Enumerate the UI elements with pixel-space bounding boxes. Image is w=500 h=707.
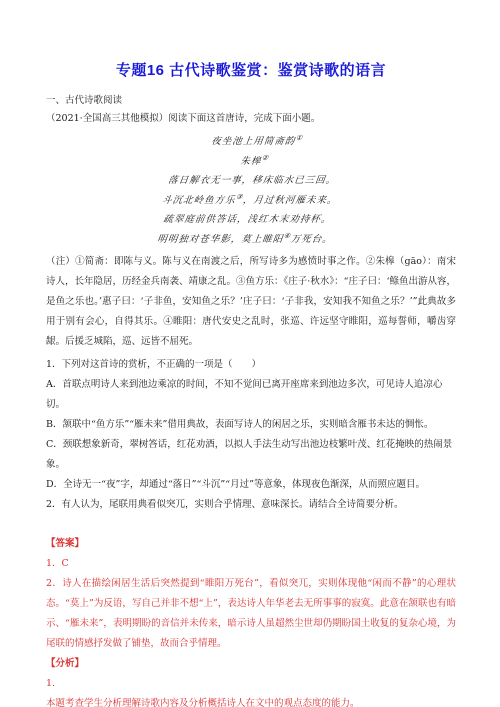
analysis-header: 【分析】 [46, 654, 456, 674]
question-1-option-d: D．全诗无一“夜”字，却通过“落日”“斗沉”“月过”等意象，体现夜色渐深，从而照… [46, 475, 456, 495]
section-heading: 一、古代诗歌阅读 [46, 93, 456, 109]
poem-notes: （注）①简斋：即陈与义。陈与义在南渡之后，所写诗多为感愤时事之作。②朱槔（gāo… [46, 252, 456, 352]
answer-2: 2．诗人在描绘闲居生活后突然提到“睢阳万死台”，看似突兀，实则体现他“闲而不静”… [46, 574, 456, 654]
answers-header: 【答案】 [46, 534, 456, 554]
poem-title: 夜坐池上用简斋韵① [51, 132, 463, 152]
document-page: 专题16 古代诗歌鉴赏：鉴赏诗歌的语言 一、古代诗歌阅读 （2021·全国高三其… [0, 0, 500, 707]
document-title: 专题16 古代诗歌鉴赏：鉴赏诗歌的语言 [46, 60, 456, 82]
poem-line: 疏翠庭前供答话，浅红木末劝持杯。 [41, 210, 453, 230]
question-2-stem: 2．有人认为，尾联用典看似突兀，实则合乎情理、意味深长。请结合全诗简要分析。 [46, 495, 456, 515]
question-1-option-b: B．颔联中“鱼方乐”“雁未来”借用典故，表面写诗人的闲居之乐，实则暗含雁书未达的… [46, 415, 456, 435]
poem-line: 斗沉北岭鱼方乐③，月过秋河雁未来。 [44, 191, 456, 211]
poem-block: 夜坐池上用简斋韵① 朱槔② 落日解衣无一事，移床临水已三回。 斗沉北岭鱼方乐③，… [39, 132, 463, 249]
analysis-item-number: 1. [46, 674, 456, 694]
poem-line: 落日解衣无一事，移床临水已三回。 [46, 171, 458, 191]
exam-source-intro: （2021·全国高三其他模拟）阅读下面这首唐诗，完成下面小题。 [46, 109, 456, 129]
question-1-option-a: A．首联点明诗人来到池边乘凉的时间，不知不觉间已离开座席来到池边多次，可见诗人追… [46, 375, 456, 415]
question-1-stem: 1．下列对这首诗的赏析，不正确的一项是（ ） [46, 355, 456, 375]
poem-line: 明明独对苍华影，莫上睢阳④万死台。 [39, 230, 451, 250]
answers-section: 【答案】 1．C 2．诗人在描绘闲居生活后突然提到“睢阳万死台”，看似突兀，实则… [46, 534, 456, 654]
analysis-text: 本题考查学生分析理解诗歌内容及分析概括诗人在文中的观点态度的能力。 [46, 694, 456, 707]
analysis-section: 【分析】 1. 本题考查学生分析理解诗歌内容及分析概括诗人在文中的观点态度的能力… [46, 654, 456, 707]
answer-1: 1．C [46, 554, 456, 574]
question-1-option-c: C．颈联想象新奇，翠树答话，红花劝酒，以拟人手法生动写出池边枝繁叶茂、红花掩映的… [46, 435, 456, 475]
poem-author: 朱槔② [48, 152, 460, 172]
